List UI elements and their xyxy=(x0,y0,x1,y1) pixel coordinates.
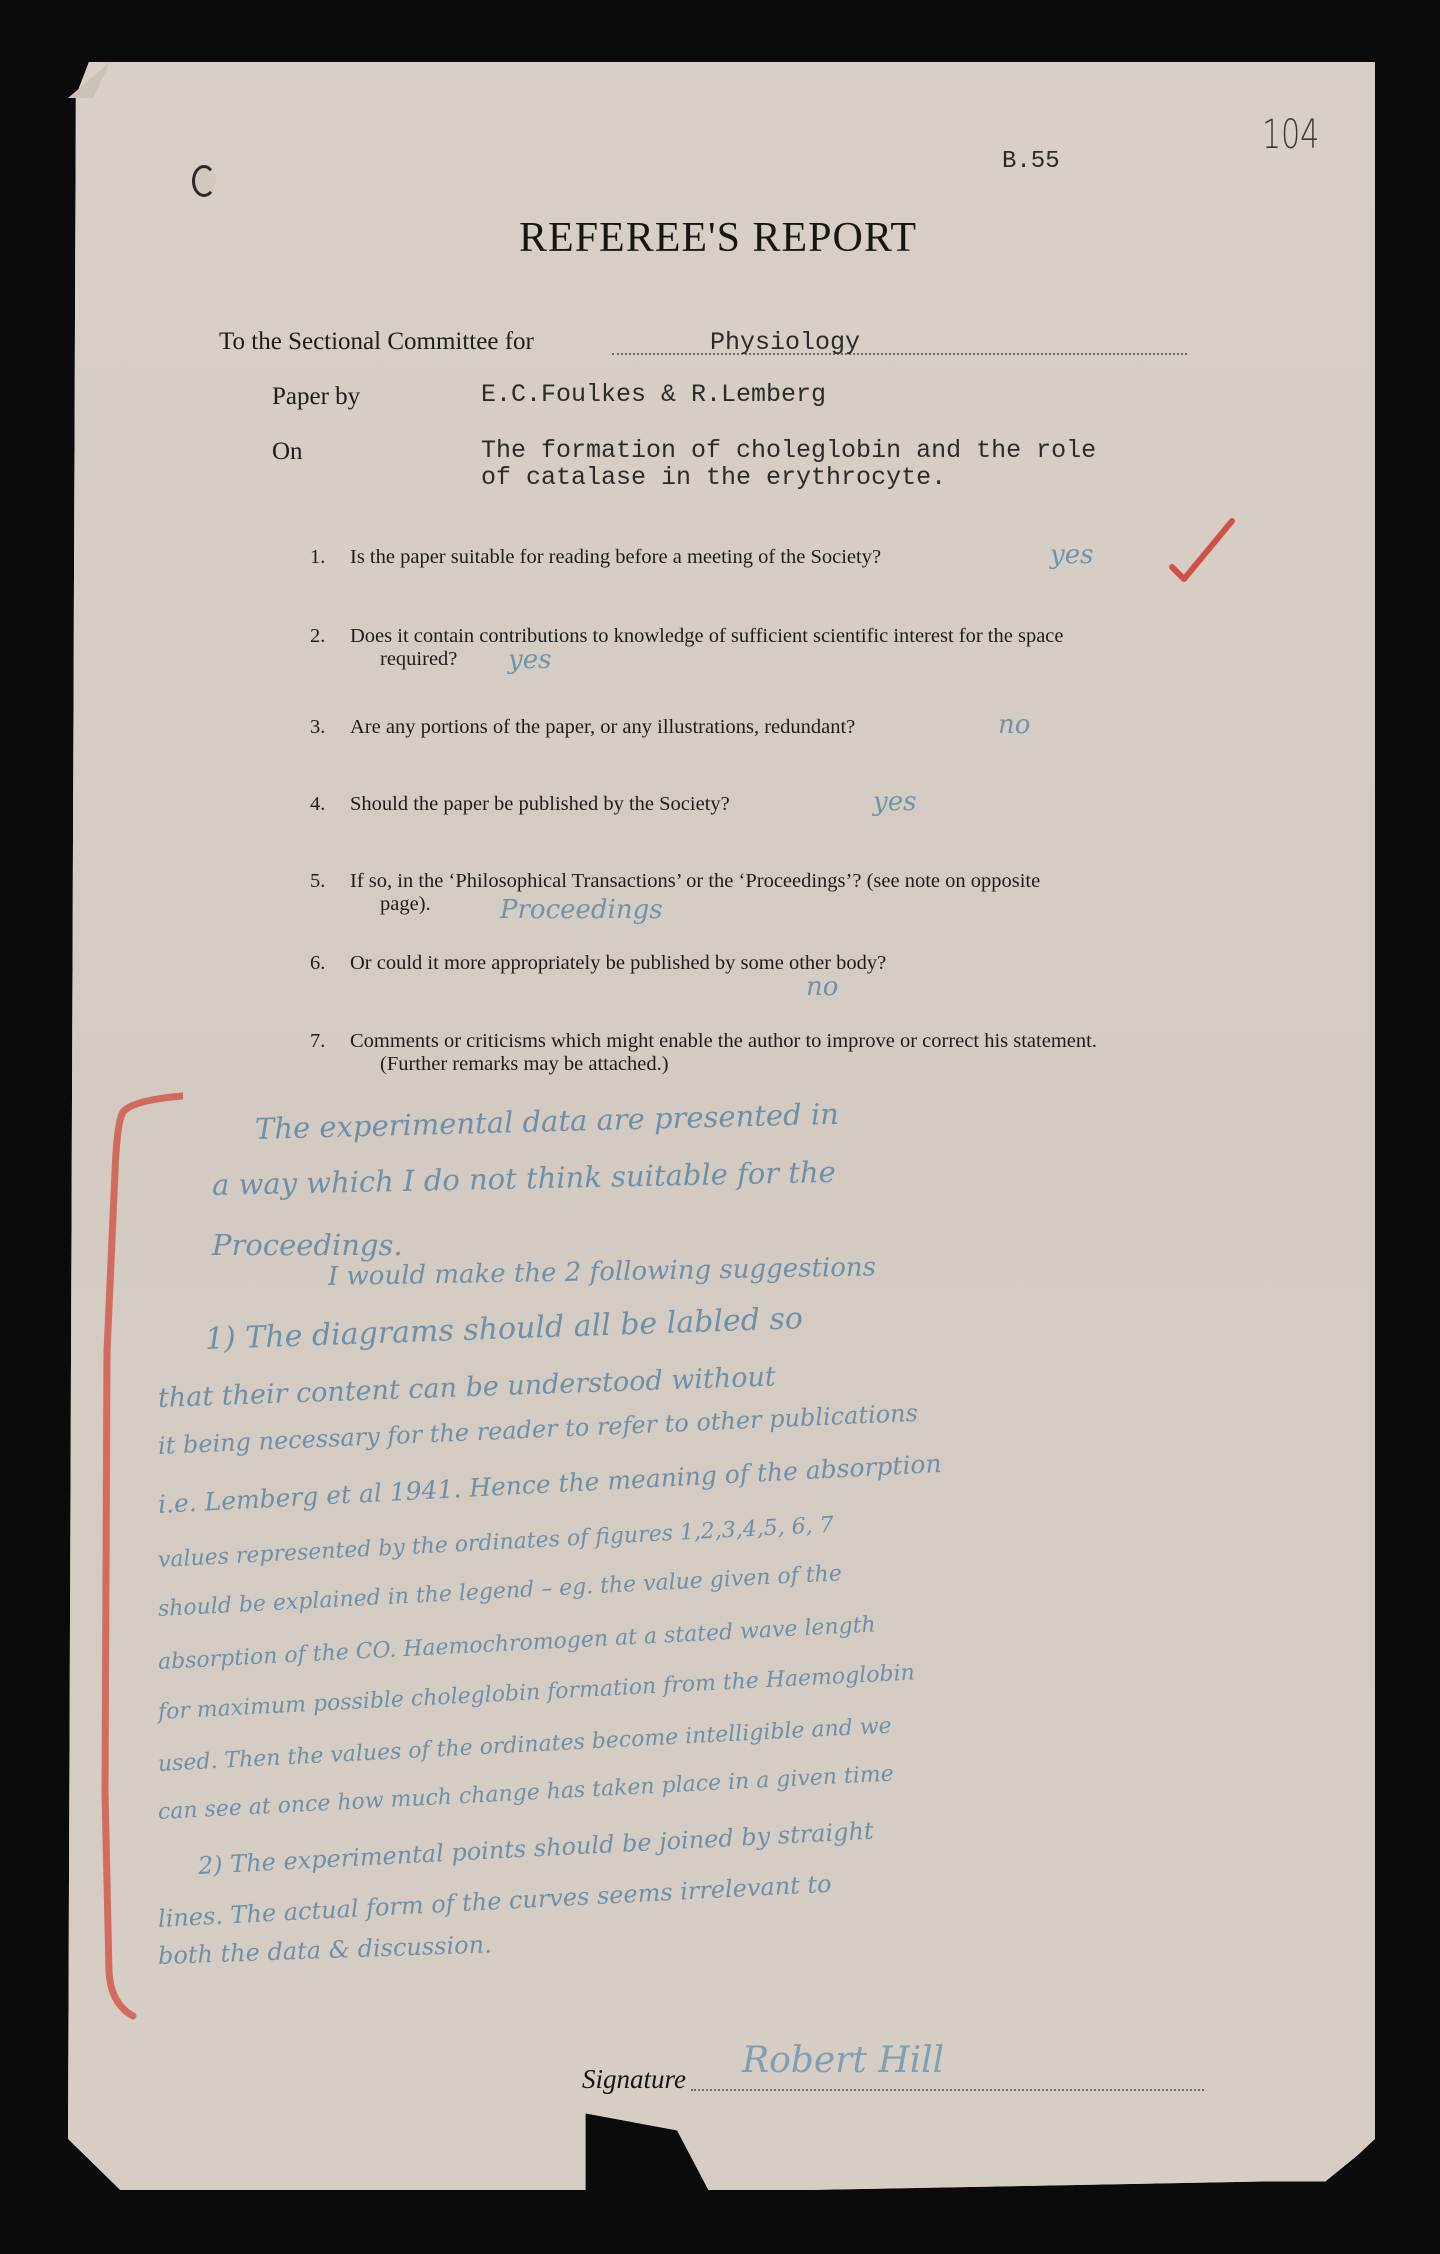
question-number: 7. xyxy=(310,1030,350,1053)
question-number: 2. xyxy=(310,625,350,648)
question-7: 7.Comments or criticisms which might ena… xyxy=(310,1030,1210,1076)
answer-6: no xyxy=(806,972,838,1002)
question-text: Comments or criticisms which might enabl… xyxy=(350,1030,1097,1052)
answer-5: Proceedings xyxy=(500,895,663,925)
comment-line: Proceedings. xyxy=(212,1228,403,1262)
question-text-continued: (Further remarks may be attached.) xyxy=(310,1053,1210,1076)
question-text: Is the paper suitable for reading before… xyxy=(350,546,881,568)
paper-title-line1: The formation of choleglobin and the rol… xyxy=(481,436,1096,465)
question-number: 5. xyxy=(310,870,350,893)
question-text: If so, in the ‘Philosophical Transaction… xyxy=(350,870,1040,892)
question-3: 3.Are any portions of the paper, or any … xyxy=(310,716,1210,739)
question-6: 6.Or could it more appropriately be publ… xyxy=(310,952,1210,975)
page-title: REFEREE'S REPORT xyxy=(0,214,1440,262)
signature-value: Robert Hill xyxy=(742,2040,944,2081)
committee-label: To the Sectional Committee for xyxy=(219,328,534,355)
question-text: Should the paper be published by the Soc… xyxy=(350,793,730,815)
on-label: On xyxy=(272,438,303,466)
red-tick-icon xyxy=(1168,515,1238,585)
paper-by-label: Paper by xyxy=(272,383,360,411)
paper-by-value: E.C.Foulkes & R.Lemberg xyxy=(481,380,826,409)
committee-dotted-line xyxy=(612,353,1187,355)
reference-code: B.55 xyxy=(1002,148,1060,175)
answer-2: yes xyxy=(508,645,551,675)
answer-1: yes xyxy=(1050,540,1093,570)
punch-hole xyxy=(192,165,216,197)
answer-4: yes xyxy=(873,787,916,817)
question-text-continued: page). xyxy=(310,893,1210,916)
question-number: 6. xyxy=(310,952,350,975)
question-2: 2.Does it contain contributions to knowl… xyxy=(310,625,1210,671)
question-number: 3. xyxy=(310,716,350,739)
question-5: 5.If so, in the ‘Philosophical Transacti… xyxy=(310,870,1210,916)
signature-dotted-line xyxy=(691,2089,1204,2091)
question-text: Does it contain contributions to knowled… xyxy=(350,625,1064,647)
folio-number: 104 xyxy=(1262,112,1319,158)
question-4: 4.Should the paper be published by the S… xyxy=(310,793,1210,816)
committee-value: Physiology xyxy=(710,328,860,357)
signature-label: Signature xyxy=(582,2064,686,2095)
answer-3: no xyxy=(998,710,1030,740)
paper-title-line2: of catalase in the erythrocyte. xyxy=(481,463,946,492)
question-text: Or could it more appropriately be publis… xyxy=(350,952,886,974)
question-number: 1. xyxy=(310,546,350,569)
question-number: 4. xyxy=(310,793,350,816)
question-text-continued: required? xyxy=(310,648,1210,671)
committee-row: To the Sectional Committee for xyxy=(219,328,534,356)
question-text: Are any portions of the paper, or any il… xyxy=(350,716,855,738)
